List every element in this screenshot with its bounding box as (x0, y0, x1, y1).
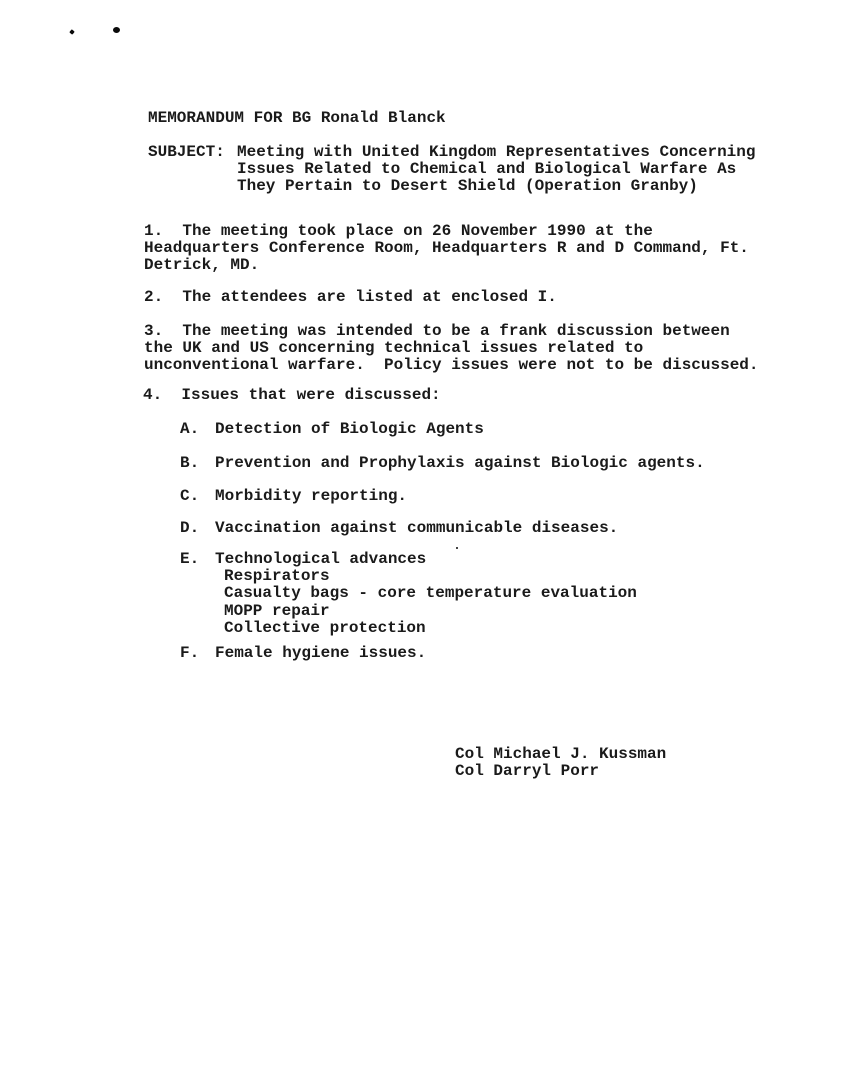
paragraph-4: 4. Issues that were discussed: (143, 387, 833, 404)
subject-text: Meeting with United Kingdom Representati… (237, 144, 755, 196)
list-item-a: A. Detection of Biologic Agents (180, 421, 830, 438)
item-text: Prevention and Prophylaxis against Biolo… (215, 455, 830, 472)
list-item-f: F. Female hygiene issues. (180, 645, 830, 662)
item-letter: A. (180, 421, 215, 438)
memo-addressee-line: MEMORANDUM FOR BG Ronald Blanck (148, 110, 446, 127)
list-item-d: D. Vaccination against communicable dise… (180, 520, 830, 537)
item-sub-lines: Respirators Casualty bags - core tempera… (224, 568, 830, 637)
subject-block: SUBJECT: Meeting with United Kingdom Rep… (148, 144, 755, 196)
ink-speck (456, 547, 458, 549)
subject-label: SUBJECT: (148, 144, 237, 161)
item-letter: C. (180, 488, 215, 505)
memo-page: MEMORANDUM FOR BG Ronald Blanck SUBJECT:… (0, 0, 850, 1087)
item-text: Morbidity reporting. (215, 488, 830, 505)
ink-speck (69, 29, 75, 35)
list-item-e: E. Technological advances Respirators Ca… (180, 551, 830, 637)
paragraph-1: 1. The meeting took place on 26 November… (144, 223, 834, 275)
signature-block: Col Michael J. Kussman Col Darryl Porr (455, 746, 666, 780)
item-text: Technological advances (215, 551, 830, 568)
item-letter: B. (180, 455, 215, 472)
list-item-b: B. Prevention and Prophylaxis against Bi… (180, 455, 830, 472)
ink-speck (113, 27, 120, 33)
item-text: Vaccination against communicable disease… (215, 520, 830, 537)
item-letter: E. (180, 551, 215, 568)
item-text: Female hygiene issues. (215, 645, 830, 662)
signature-name-1: Col Michael J. Kussman (455, 746, 666, 763)
item-letter: D. (180, 520, 215, 537)
list-item-c: C. Morbidity reporting. (180, 488, 830, 505)
item-text: Detection of Biologic Agents (215, 421, 830, 438)
signature-name-2: Col Darryl Porr (455, 763, 666, 780)
paragraph-2: 2. The attendees are listed at enclosed … (144, 289, 834, 306)
item-letter: F. (180, 645, 215, 662)
item-text-with-sublist: Technological advances Respirators Casua… (215, 551, 830, 637)
paragraph-3: 3. The meeting was intended to be a fran… (144, 323, 834, 375)
